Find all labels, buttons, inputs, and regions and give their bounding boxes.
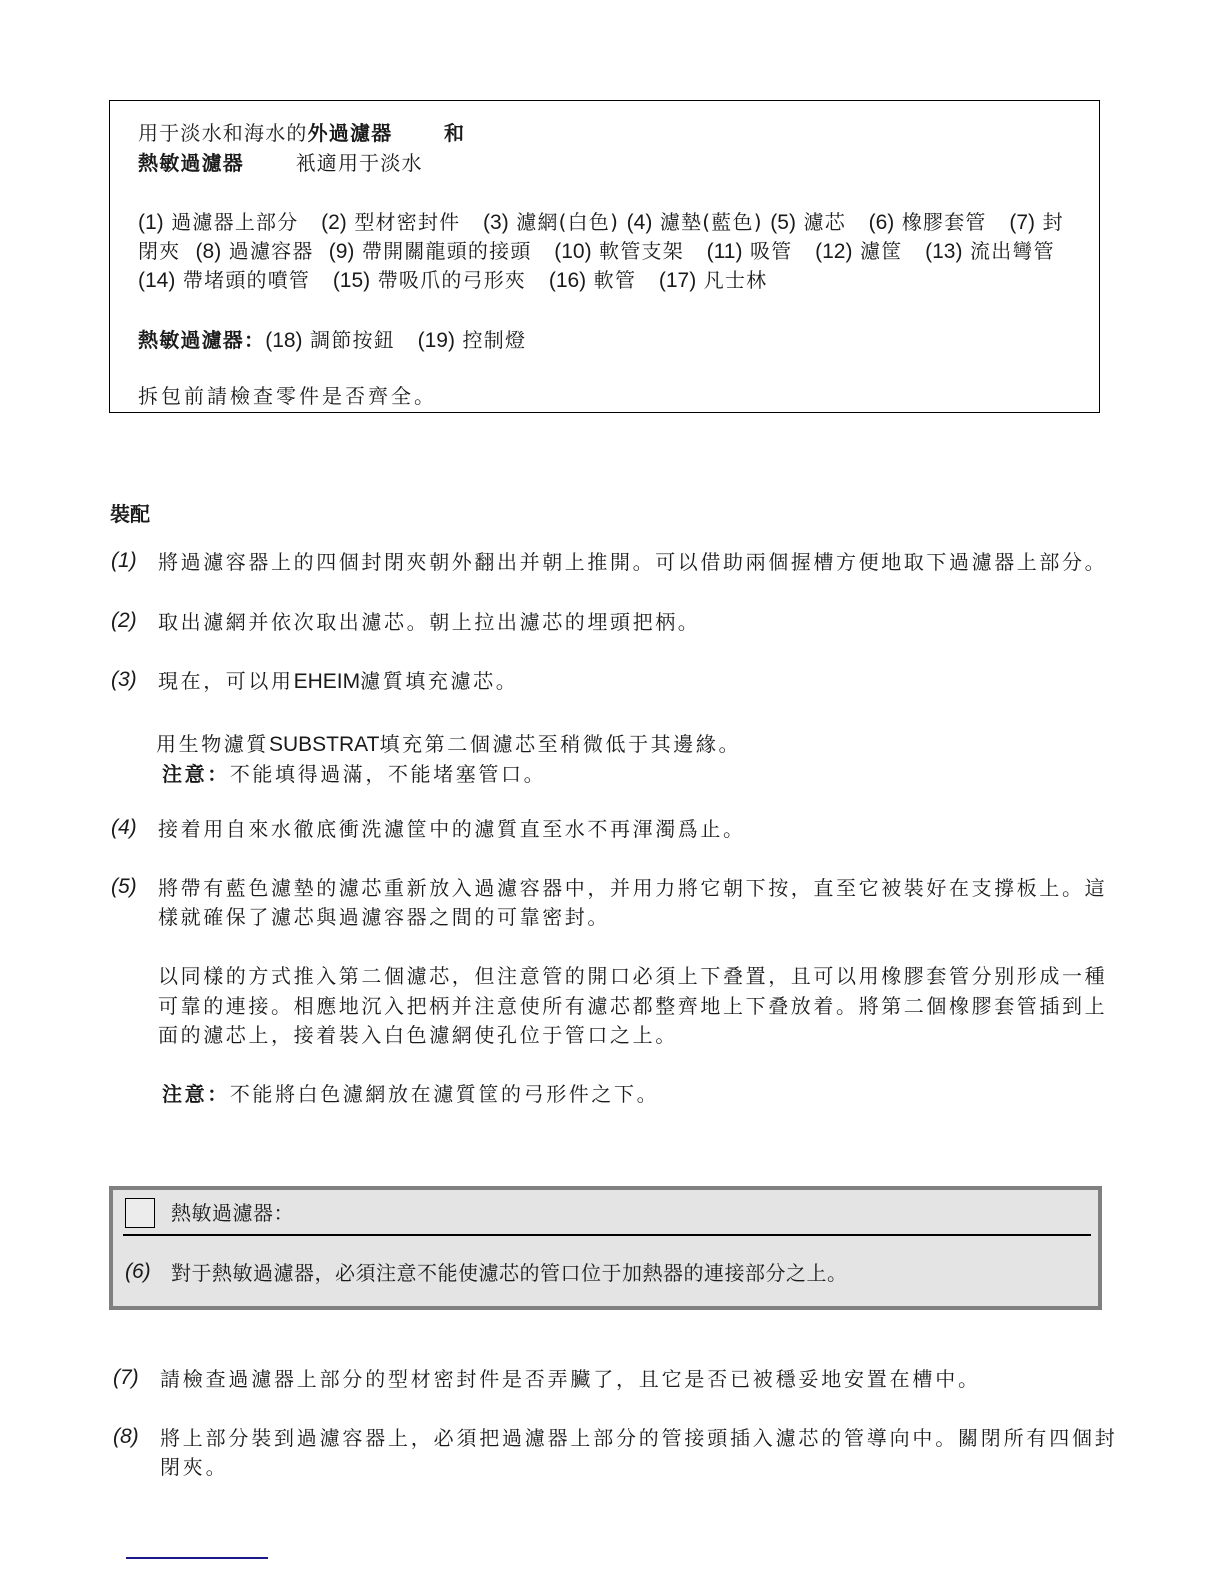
step-number: (5) (111, 875, 137, 899)
part-label: 軟管支架 (599, 239, 684, 263)
part-label: 凡士林 (704, 268, 768, 292)
step-number: (4) (111, 816, 137, 840)
part-label: 帶吸爪的弓形夾 (378, 268, 526, 292)
step-5-text-line-1: 將帶有藍色濾墊的濾芯重新放入過濾容器中，并用力將它朝下按，直至它被裝好在支撐板上… (158, 874, 1107, 903)
step-4-text: 接着用自來水徹底衝洗濾筐中的濾質直至水不再渾濁爲止。 (158, 815, 746, 844)
second-cartridge-line-2: 可靠的連接。相應地沉入把柄并注意使所有濾芯都整齊地上下叠放着。將第二個橡膠套管插… (158, 992, 1107, 1021)
note-label: 注意： (162, 1082, 230, 1106)
part-label: 濾墊(藍色) (660, 210, 763, 234)
substrat-paragraph: 用生物濾質SUBSTRAT填充第二個濾芯至稍微低于其邊緣。 (156, 730, 741, 759)
step-number: (6) (125, 1260, 151, 1284)
thermo-box-title: 熱敏過濾器： (171, 1199, 294, 1228)
footnote-separator (126, 1557, 268, 1559)
part-label: 控制燈 (463, 328, 527, 352)
part-label: 濾筐 (860, 239, 902, 263)
part-label: 型材密封件 (354, 210, 460, 234)
note-label: 注意： (162, 762, 230, 786)
note-overfill: 注意：不能填得過滿，不能堵塞管口。 (162, 760, 546, 789)
intro-line-2: 熱敏過濾器 衹適用于淡水 (138, 149, 423, 178)
brand-name: SUBSTRAT (269, 733, 379, 756)
step-7-text: 請檢查過濾器上部分的型材密封件是否弄臟了，且它是否已被穩妥地安置在槽中。 (160, 1365, 981, 1394)
external-filter-label: 外過濾器 (308, 121, 393, 145)
and-label: 和 (444, 121, 465, 145)
part-label: 橡膠套管 (902, 210, 987, 234)
step-number: (8) (113, 1425, 139, 1449)
step-8-text-line-1: 將上部分裝到過濾容器上，必須把過濾器上部分的管接頭插入濾芯的管導向中。關閉所有四… (160, 1424, 1118, 1453)
thermo-filter-box: 熱敏過濾器： (6) 對于熱敏過濾器，必須注意不能使濾芯的管口位于加熱器的連接部… (109, 1186, 1102, 1310)
parts-list-box: 用于淡水和海水的外過濾器 和 熱敏過濾器 衹適用于淡水 (1) 過濾器上部分 (… (109, 100, 1100, 413)
step-number: (7) (113, 1366, 139, 1390)
note-white-net: 注意：不能將白色濾網放在濾質筐的弓形件之下。 (162, 1080, 659, 1109)
checkbox-icon (125, 1198, 155, 1228)
parts-line-3: (14) 帶堵頭的噴管 (15) 帶吸爪的弓形夾 (16) 軟管 (17) 凡士… (138, 266, 767, 295)
freshwater-only-text: 衹適用于淡水 (296, 151, 423, 175)
thermo-filter-label: 熱敏過濾器 (138, 151, 244, 175)
step-number: (2) (111, 609, 137, 633)
part-label: 吸管 (750, 239, 792, 263)
thermo-parts-label: 熱敏過濾器： (138, 328, 265, 352)
part-label: 濾芯 (804, 210, 846, 234)
intro-line-1: 用于淡水和海水的外過濾器 和 (138, 119, 465, 148)
step-8-text-line-2: 閉夾。 (160, 1453, 228, 1482)
part-label: 封 (1043, 210, 1064, 234)
parts-line-2: 閉夾 (8) 過濾容器 (9) 帶開關龍頭的接頭 (10) 軟管支架 (11) … (138, 237, 1055, 266)
part-label: 帶堵頭的噴管 (183, 268, 310, 292)
second-cartridge-line-3: 面的濾芯上，接着裝入白色濾網使孔位于管口之上。 (158, 1021, 678, 1050)
part-label: 軟管 (594, 268, 636, 292)
parts-line-1: (1) 過濾器上部分 (2) 型材密封件 (3) 濾網(白色) (4) 濾墊(藍… (138, 208, 1064, 237)
step-number: (1) (111, 549, 137, 573)
section-heading-assembly: 裝配 (110, 498, 150, 527)
part-label: 濾網(白色) (516, 210, 619, 234)
step-number: (3) (111, 668, 137, 692)
step-5-text-line-2: 樣就確保了濾芯與過濾容器之間的可靠密封。 (158, 903, 610, 932)
part-label: 調節按鈕 (310, 328, 395, 352)
step-2-text: 取出濾網并依次取出濾芯。朝上拉出濾芯的埋頭把柄。 (158, 608, 700, 637)
part-label: 閉夾 (138, 239, 180, 263)
second-cartridge-line-1: 以同樣的方式推入第二個濾芯，但注意管的開口必須上下叠置，且可以用橡膠套管分别形成… (158, 962, 1107, 991)
step-1-text: 將過濾容器上的四個封閉夾朝外翻出并朝上推開。可以借助兩個握槽方便地取下過濾器上部… (158, 548, 1107, 577)
part-label: 過濾器上部分 (171, 210, 298, 234)
check-parts-note: 拆包前請檢查零件是否齊全。 (138, 382, 437, 411)
part-label: 帶開關龍頭的接頭 (362, 239, 532, 263)
brand-name: EHEIM (294, 670, 361, 693)
part-label: 過濾容器 (229, 239, 314, 263)
step-3-text: 現在，可以用EHEIM濾質填充濾芯。 (158, 667, 518, 696)
intro-plain-text: 用于淡水和海水的 (138, 121, 308, 145)
divider (123, 1234, 1091, 1236)
part-label: 流出彎管 (970, 239, 1055, 263)
thermo-parts-line: 熱敏過濾器：(18) 調節按鈕 (19) 控制燈 (138, 326, 526, 355)
thermo-step-6-text: 對于熱敏過濾器，必須注意不能使濾芯的管口位于加熱器的連接部分之上。 (171, 1259, 848, 1288)
